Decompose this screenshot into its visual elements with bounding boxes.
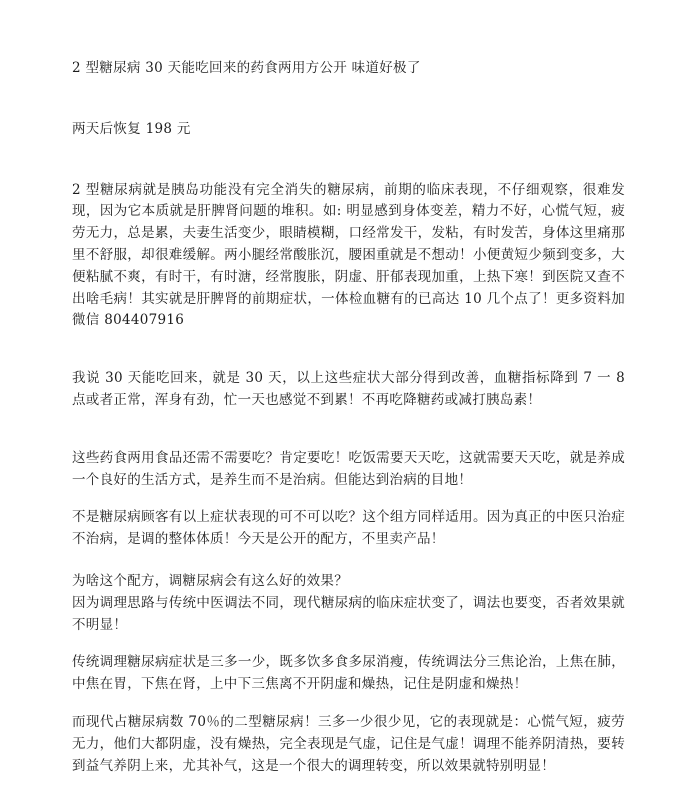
paragraph-30-days-result: 我说 30 天能吃回来，就是 30 天，以上这些症状大部分得到改善，血糖指标降到… <box>72 368 625 412</box>
document-title: 2 型糖尿病 30 天能吃回来的药食两用方公开 味道好极了 <box>72 58 625 80</box>
paragraph-modern-type2: 而现代占糖尿病数 70％的二型糖尿病！三多一少很少见，它的表现就是：心慌气短，疲… <box>72 712 625 777</box>
paragraph-daily-eating: 这些药食两用食品还需不需要吃？肯定要吃！吃饭需要天天吃，这就需要天天吃，就是养成… <box>72 448 625 492</box>
price-note: 两天后恢复 198 元 <box>72 119 625 141</box>
paragraph-traditional-method: 传统调理糖尿病症状是三多一少，既多饮多食多尿消瘦，传统调法分三焦论治，上焦在肺，… <box>72 652 625 696</box>
paragraph-non-diabetic-use: 不是糖尿病顾客有以上症状表现的可不可以吃？这个组方同样适用。因为真正的中医只治症… <box>72 507 625 551</box>
document-page: 2 型糖尿病 30 天能吃回来的药食两用方公开 味道好极了 两天后恢复 198 … <box>0 0 681 802</box>
paragraph-why-effective: 为啥这个配方，调糖尿病会有这么好的效果？ 因为调理思路与传统中医调法不同，现代糖… <box>72 571 625 636</box>
paragraph-symptoms: 2 型糖尿病就是胰岛功能没有完全消失的糖尿病，前期的临床表现，不仔细观察，很难发… <box>72 180 625 333</box>
